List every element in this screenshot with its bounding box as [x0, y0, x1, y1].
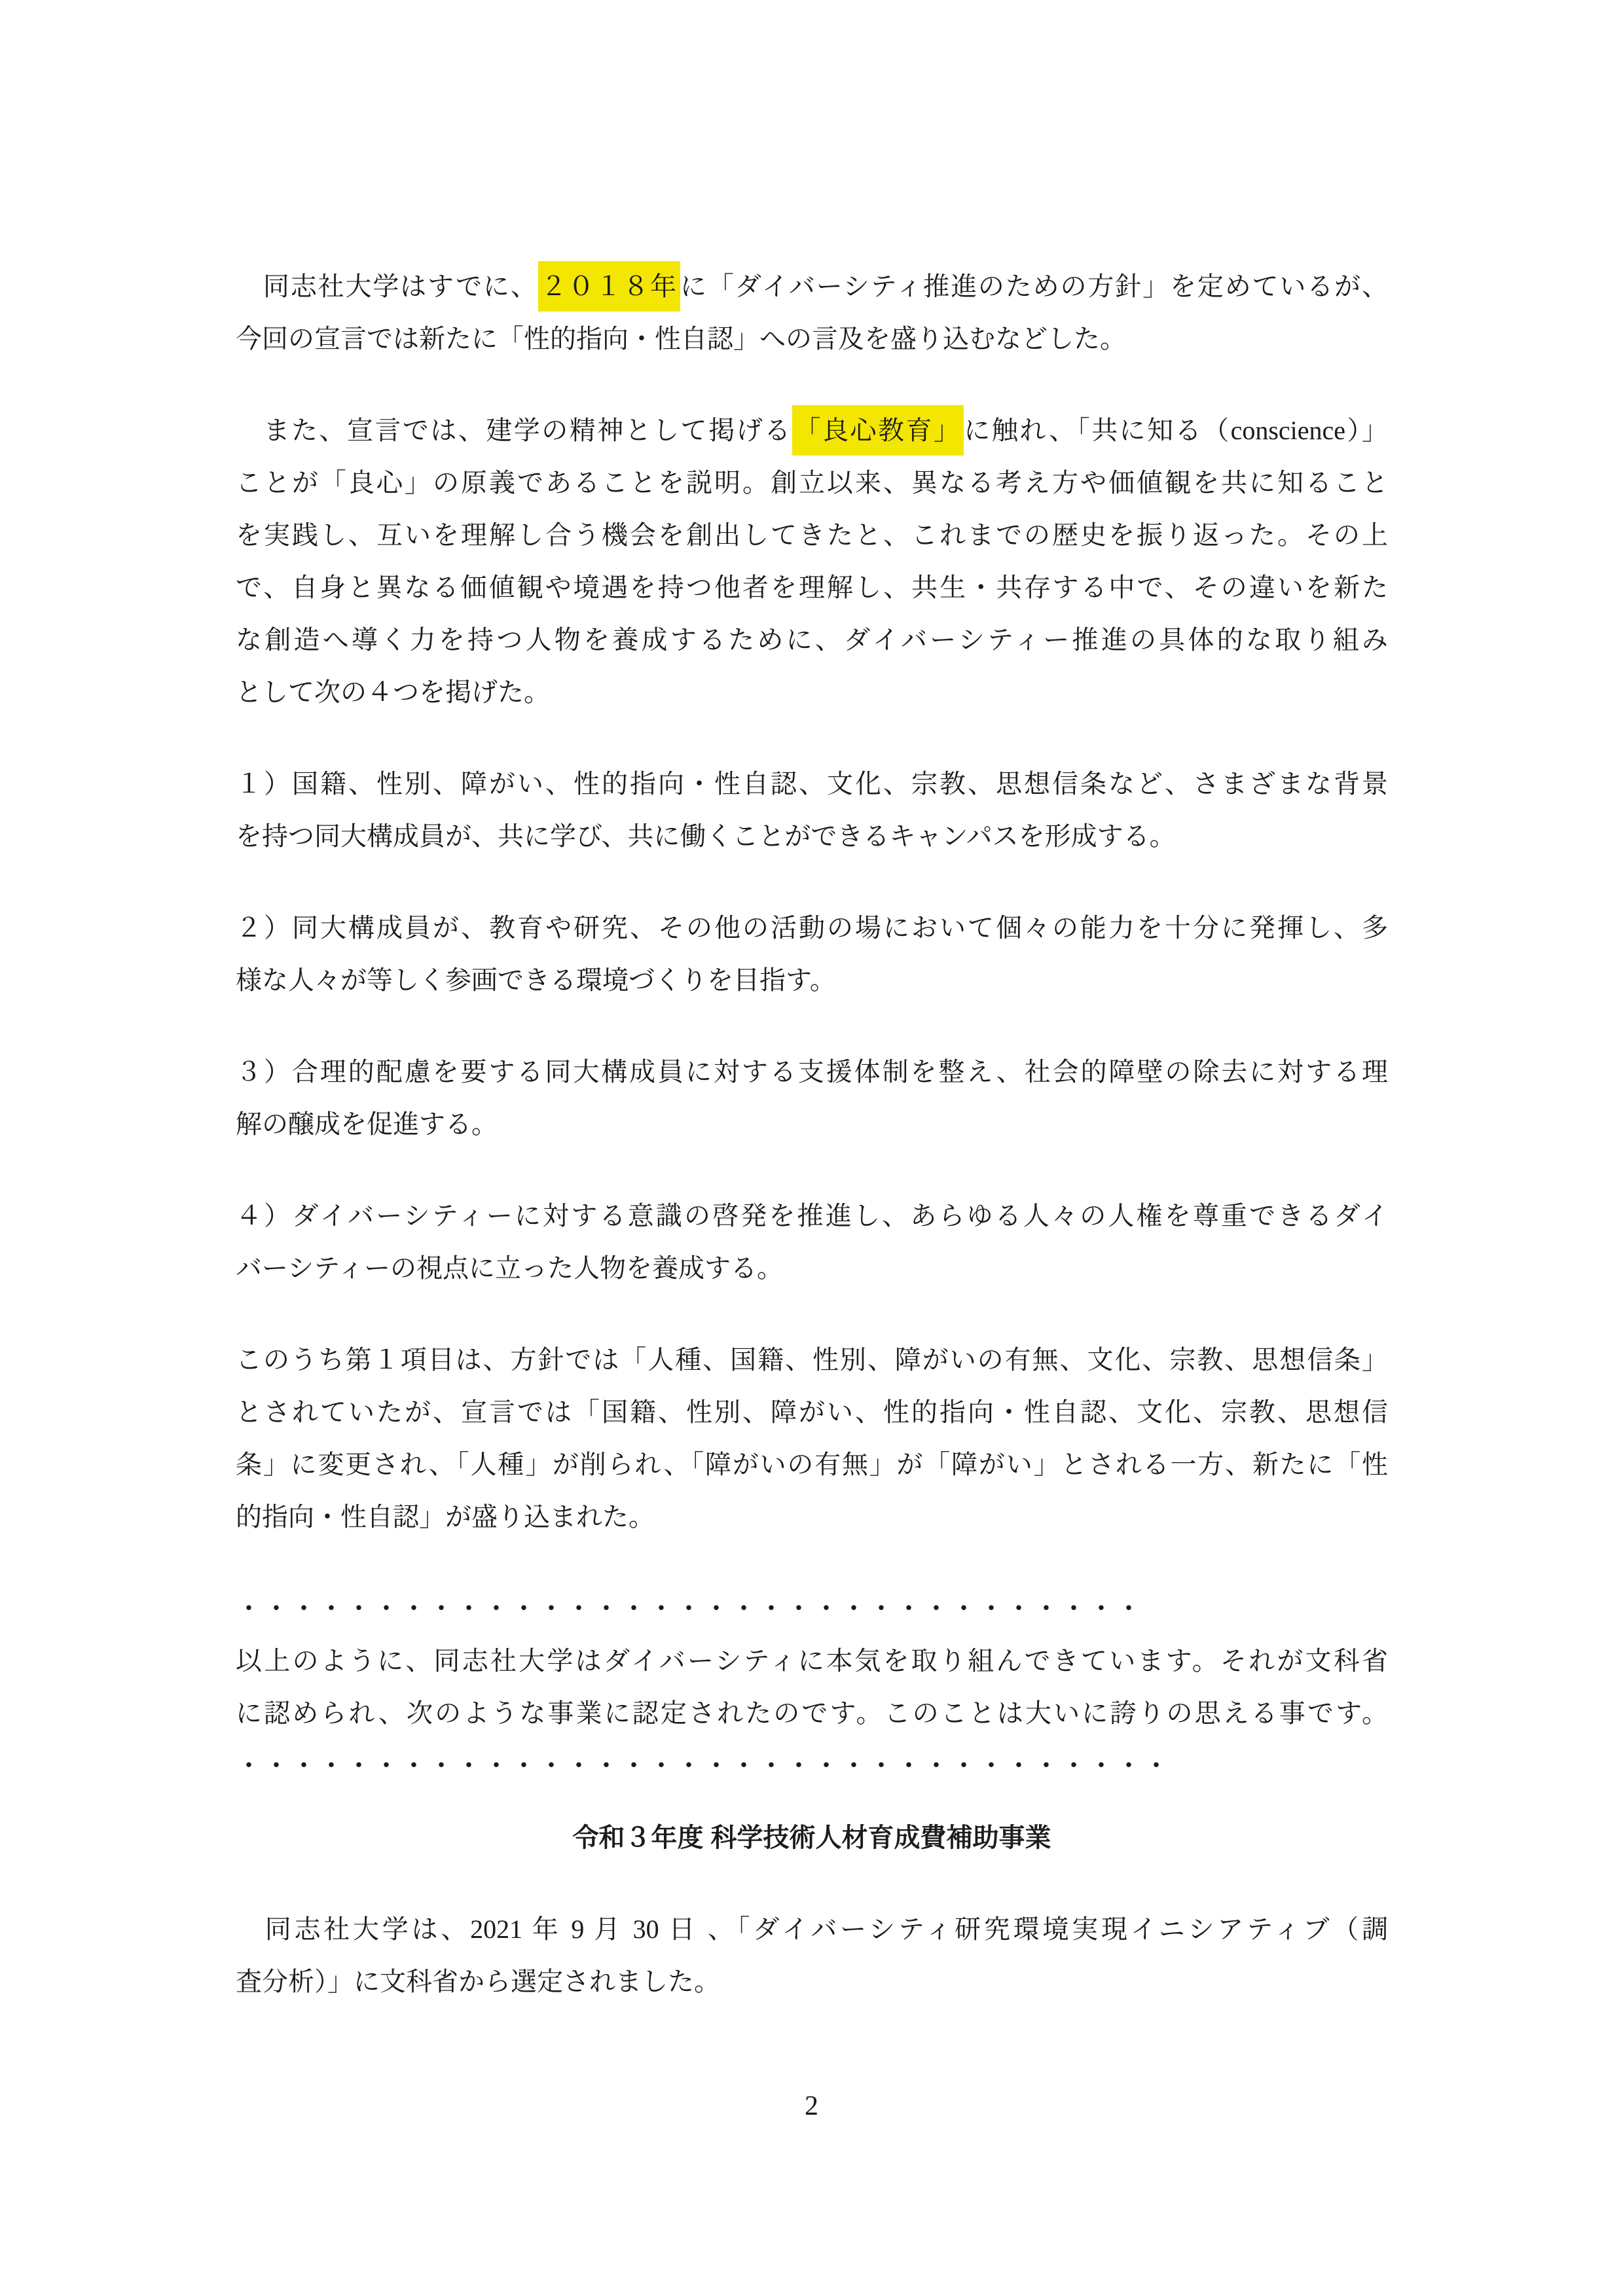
text-line: また、宣言では、建学の精神として掲げる「良心教育」に触れ、「共に知る（consc… [236, 404, 1388, 457]
text-line: バーシティーの視点に立った人物を養成する。 [236, 1242, 1388, 1295]
highlight-2018-mark: ２０１８年 [538, 261, 680, 312]
text-line: 以上のように、同志社大学はダイバーシティに本気を取り組んできています。それが文科… [236, 1635, 1388, 1687]
text-line: とされていたが、宣言では「国籍、性別、障がい、性的指向・性自認、文化、宗教、思想… [236, 1386, 1388, 1439]
list-item-3: ３）合理的配慮を要する同大構成員に対する支援体制を整え、社会的障壁の除去に対する… [236, 1046, 1388, 1151]
text-line: 査分析）」に文科省から選定されました。 [236, 1956, 1388, 2008]
text-line: 解の醸成を促進する。 [236, 1098, 1388, 1151]
list-item-4: ４）ダイバーシティーに対する意識の啓発を推進し、あらゆる人々の人権を尊重できるダ… [236, 1190, 1388, 1295]
paragraph-ryoshin: また、宣言では、建学の精神として掲げる「良心教育」に触れ、「共に知る（consc… [236, 404, 1388, 719]
dotted-separator-bottom: ・・・・・・・・・・・・・・・・・・・・・・・・・・・・・・・・・・ [236, 1740, 1388, 1792]
list-item-1: １）国籍、性別、障がい、性的指向・性自認、文化、宗教、思想信条など、さまざまな背… [236, 758, 1388, 863]
text-line: で、自身と異なる価値観や境遇を持つ他者を理解し、共生・共存する中で、その違いを新… [236, 562, 1388, 614]
text-line: ４）ダイバーシティーに対する意識の啓発を推進し、あらゆる人々の人権を尊重できるダ… [236, 1190, 1388, 1242]
highlight-ryoshin-kyoiku-mark: 「良心教育」 [792, 405, 964, 456]
text-line: 的指向・性自認」が盛り込まれた。 [236, 1491, 1388, 1543]
text-line: 同志社大学は、2021 年 9 月 30 日 、「ダイバーシティ研究環境実現イニ… [236, 1903, 1388, 1956]
text-line: として次の４つを掲げた。 [236, 666, 1388, 719]
paragraph-comment: 以上のように、同志社大学はダイバーシティに本気を取り組んできています。それが文科… [236, 1635, 1388, 1740]
text-segment: また、宣言では、建学の精神として掲げる [236, 416, 792, 445]
text-line: を持つ同大構成員が、共に学び、共に働くことができるキャンパスを形成する。 [236, 810, 1388, 863]
text-line: を実践し、互いを理解し合う機会を創出してきたと、これまでの歴史を振り返った。その… [236, 509, 1388, 562]
text-line: ３）合理的配慮を要する同大構成員に対する支援体制を整え、社会的障壁の除去に対する… [236, 1046, 1388, 1098]
dotted-separator-top: ・・・・・・・・・・・・・・・・・・・・・・・・・・・・・・・・・ [236, 1583, 1388, 1635]
text-line: に認められ、次のような事業に認定されたのです。このことは大いに誇りの思える事です… [236, 1687, 1388, 1740]
text-line: １）国籍、性別、障がい、性的指向・性自認、文化、宗教、思想信条など、さまざまな背… [236, 758, 1388, 810]
text-line: 今回の宣言では新たに「性的指向・性自認」への言及を盛り込むなどした。 [236, 313, 1388, 365]
text-line: 条」に変更され、「人種」が削られ、「障がいの有無」が「障がい」とされる一方、新た… [236, 1439, 1388, 1491]
text-line: ことが「良心」の原義であることを説明。創立以来、異なる考え方や価値観を共に知るこ… [236, 457, 1388, 509]
text-line: 同志社大学はすでに、２０１８年に「ダイバーシティ推進のための方針」を定めているが… [236, 260, 1388, 313]
text-segment: に触れ、「共に知る（conscience）」 [964, 416, 1388, 445]
list-item-2: ２）同大構成員が、教育や研究、その他の活動の場において個々の能力を十分に発揮し、… [236, 902, 1388, 1007]
text-line: このうち第１項目は、方針では「人種、国籍、性別、障がいの有無、文化、宗教、思想信… [236, 1334, 1388, 1386]
section-heading: 令和３年度 科学技術人材育成費補助事業 [236, 1812, 1388, 1864]
document-page: 同志社大学はすでに、２０１８年に「ダイバーシティ推進のための方針」を定めているが… [0, 0, 1623, 2296]
text-line: な創造へ導く力を持つ人物を養成するために、ダイバーシティー推進の具体的な取り組み [236, 614, 1388, 666]
text-segment: 同志社大学はすでに、 [236, 272, 538, 301]
text-line: ２）同大構成員が、教育や研究、その他の活動の場において個々の能力を十分に発揮し、… [236, 902, 1388, 954]
paragraph-selection: 同志社大学は、2021 年 9 月 30 日 、「ダイバーシティ研究環境実現イニ… [236, 1903, 1388, 2008]
paragraph-intro: 同志社大学はすでに、２０１８年に「ダイバーシティ推進のための方針」を定めているが… [236, 260, 1388, 365]
text-segment: に「ダイバーシティ推進のための方針」を定めているが、 [680, 272, 1388, 301]
page-number: 2 [0, 2090, 1623, 2123]
paragraph-comparison: このうち第１項目は、方針では「人種、国籍、性別、障がいの有無、文化、宗教、思想信… [236, 1334, 1388, 1543]
text-block: 同志社大学はすでに、２０１８年に「ダイバーシティ推進のための方針」を定めているが… [236, 260, 1388, 2047]
text-line: 様な人々が等しく参画できる環境づくりを目指す。 [236, 954, 1388, 1007]
